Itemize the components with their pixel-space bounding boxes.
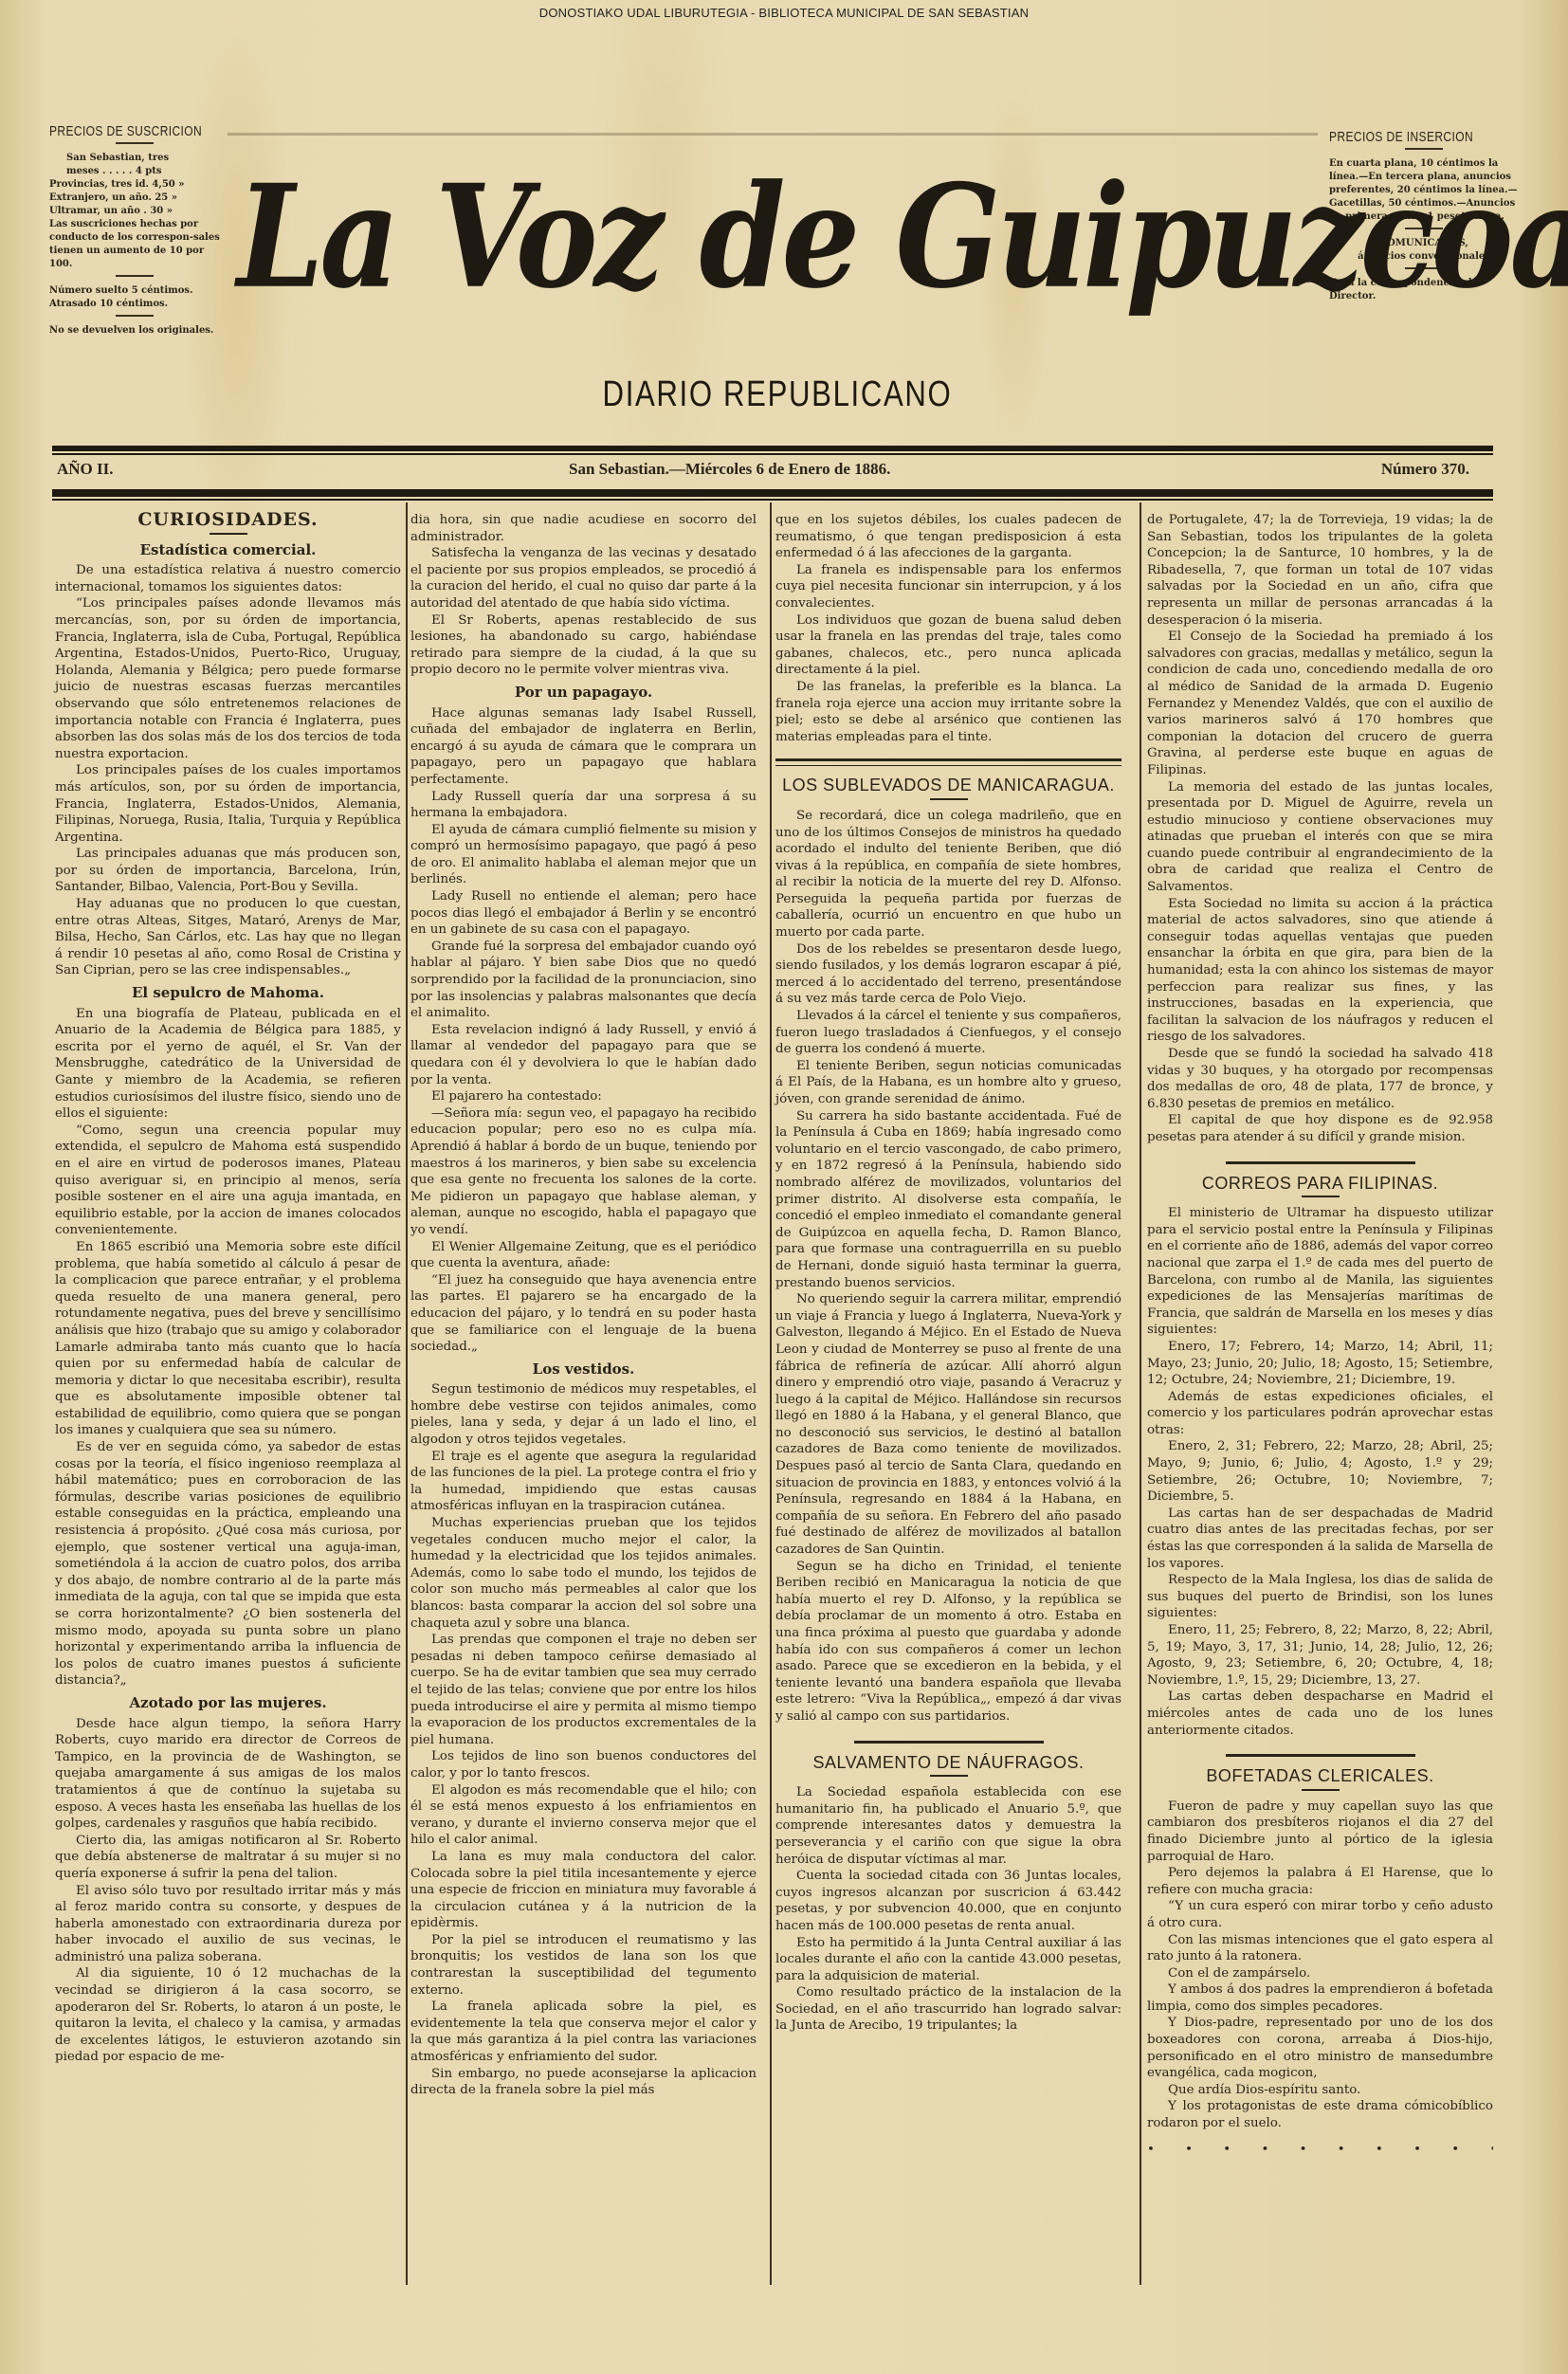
price-line: meses . . . . . 4 pts [49, 165, 220, 178]
ornament-rule [116, 315, 154, 317]
price-note: Las suscriciones hechas por conducto de … [49, 218, 220, 271]
paragraph: Además de estas expediciones oficiales, … [1147, 1389, 1493, 1439]
paragraph: En 1865 escribió una Memoria sobre este … [55, 1239, 401, 1439]
paragraph: Respecto de la Mala Inglesa, los dias de… [1147, 1572, 1493, 1622]
paragraph: Hay aduanas que no producen lo que cuest… [55, 896, 401, 979]
column-3: que en los sujetos débiles, los cuales p… [775, 512, 1121, 2035]
section-heading-curiosidades: CURIOSIDADES. [55, 512, 401, 529]
ornament-rule [1226, 1161, 1415, 1164]
paragraph: Esta Sociedad no limita su accion á la p… [1147, 896, 1493, 1046]
paragraph: Hace algunas semanas lady Isabel Russell… [410, 705, 757, 789]
paragraph: De una estadística relativa á nuestro co… [55, 562, 401, 595]
place-date: San Sebastian.—Miércoles 6 de Enero de 1… [569, 460, 890, 479]
paragraph: Cuenta la sociedad citada con 36 Juntas … [775, 1868, 1121, 1934]
originals-note: No se devuelven los originales. [49, 324, 220, 338]
paragraph: El traje es el agente que asegura la reg… [410, 1449, 757, 1515]
paragraph: La franela es indispensable para los enf… [775, 562, 1121, 612]
paragraph: “Los principales países adonde llevamos … [55, 595, 401, 762]
paragraph: Grande fué la sorpresa del embajador cua… [410, 939, 757, 1022]
paragraph: Por la piel se introducen el reumatismo … [410, 1932, 757, 1999]
paragraph: Y Dios-padre, representado por uno de lo… [1147, 2015, 1493, 2081]
paragraph: Como resultado práctico de la instalacio… [775, 1984, 1121, 2035]
paragraph: Enero, 17; Febrero, 14; Marzo, 14; Abril… [1147, 1339, 1493, 1389]
paragraph: El Wenier Allgemaine Zeitung, que es el … [410, 1239, 757, 1272]
paragraph: Que ardía Dios-espíritu santo. [1147, 2082, 1493, 2099]
subscription-heading: PRECIOS DE SUSCRICION [49, 125, 186, 138]
paragraph: El ayuda de cámara cumplió fielmente su … [410, 822, 757, 888]
paragraph: Los individuos que gozan de buena salud … [775, 612, 1121, 679]
paragraph: dia hora, sin que nadie acudiese en soco… [410, 512, 757, 545]
paragraph: Esto ha permitido á la Junta Central aux… [775, 1935, 1121, 1985]
paragraph: Se recordará, dice un colega madrileño, … [775, 808, 1121, 941]
column-2: dia hora, sin que nadie acudiese en soco… [410, 512, 757, 2099]
paragraph: Segun testimonio de médicos muy respetab… [410, 1381, 757, 1448]
ornament-rule [116, 142, 154, 144]
paragraph: “Como, segun una creencia popular muy ex… [55, 1123, 401, 1239]
single-issue-price: Número suelto 5 céntimos. [49, 284, 220, 298]
paragraph: El Sr Roberts, apenas restablecido de su… [410, 612, 757, 679]
paragraph: Llevados á la cárcel el teniente y sus c… [775, 1008, 1121, 1058]
paragraph: Cierto dia, las amigas notificaron al Sr… [55, 1833, 401, 1883]
paragraph: Dos de los rebeldes se presentaron desde… [775, 941, 1121, 1008]
paragraph: Pero dejemos la palabra á El Harense, qu… [1147, 1865, 1493, 1898]
article-heading: Azotado por las mujeres. [55, 1695, 401, 1712]
paragraph: La Sociedad española establecida con ese… [775, 1784, 1121, 1868]
paragraph: Las cartas deben despacharse en Madrid e… [1147, 1689, 1493, 1739]
article-heading: Estadística comercial. [55, 542, 401, 559]
paragraph: No queriendo seguir la carrera militar, … [775, 1291, 1121, 1559]
column-1: CURIOSIDADES. Estadística comercial. De … [55, 512, 401, 2066]
paragraph: Y los protagonistas de este drama cómico… [1147, 2098, 1493, 2131]
header-rule-bottom-thin [52, 499, 1493, 501]
column-4: de Portugalete, 47; la de Torrevieja, 19… [1147, 512, 1493, 2158]
paragraph: Desde que se fundó la sociedad ha salvad… [1147, 1046, 1493, 1112]
paragraph: Enero, 11, 25; Febrero, 8, 22; Marzo, 8,… [1147, 1622, 1493, 1689]
paragraph: La franela aplicada sobre la piel, es ev… [410, 1999, 757, 2065]
header-rule-bottom [52, 489, 1493, 497]
ornament-dash [930, 798, 968, 800]
paragraph: Y ambos á dos padres la emprendieron á b… [1147, 1981, 1493, 2015]
paragraph: Al dia siguiente, 10 ó 12 muchachas de l… [55, 1965, 401, 2066]
paragraph: Los tejidos de lino son buenos conductor… [410, 1748, 757, 1781]
paragraph: Esta revelacion indignó á lady Russell, … [410, 1022, 757, 1088]
paragraph: Segun se ha dicho en Trinidad, el tenien… [775, 1559, 1121, 1726]
ornament-dash [930, 1775, 968, 1777]
paragraph: Las cartas han de ser despachadas de Mad… [1147, 1506, 1493, 1572]
paragraph: Su carrera ha sido bastante accidentada.… [775, 1108, 1121, 1292]
price-line: San Sebastian, tres [49, 152, 220, 165]
paragraph: que en los sujetos débiles, los cuales p… [775, 512, 1121, 562]
paragraph: Fueron de padre y muy capellan suyo las … [1147, 1799, 1493, 1865]
price-line: Provincias, tres id. 4,50 » [49, 178, 220, 192]
newspaper-title: La Voz de Guipuzcoa [237, 118, 1318, 357]
subscription-prices-box: PRECIOS DE SUSCRICION San Sebastian, tre… [49, 125, 220, 338]
ornament-dash [1302, 1196, 1340, 1197]
paragraph: Las principales aduanas que más producen… [55, 846, 401, 896]
paragraph: Los principales países de los cuales imp… [55, 762, 401, 846]
paragraph: El teniente Beriben, segun noticias comu… [775, 1058, 1121, 1108]
paragraph: El Consejo de la Sociedad ha premiado á … [1147, 629, 1493, 778]
article-heading: Por un papagayo. [410, 685, 757, 702]
section-heading-salvamento: SALVAMENTO DE NÁUFRAGOS. [775, 1755, 1121, 1772]
ornament-rule [1226, 1754, 1415, 1757]
insertion-heading: PRECIOS DE INSERCION [1329, 131, 1481, 144]
masthead: La Voz de Guipuzcoa [237, 133, 1318, 360]
paragraph: Enero, 2, 31; Febrero, 22; Marzo, 28; Ab… [1147, 1438, 1493, 1505]
paragraph: de Portugalete, 47; la de Torrevieja, 19… [1147, 512, 1493, 629]
header-rule-top [52, 446, 1493, 451]
paragraph: De las franelas, la preferible es la bla… [775, 679, 1121, 745]
ornament-rule [116, 275, 154, 277]
ornament-dash [210, 533, 247, 535]
column-divider [1140, 502, 1141, 2285]
section-double-rule [775, 758, 1121, 766]
newspaper-subtitle: DIARIO REPUBLICANO [335, 374, 1221, 415]
paragraph: Lady Russell quería dar una sorpresa á s… [410, 789, 757, 822]
paragraph: —Señora mía: segun veo, el papagayo ha r… [410, 1105, 757, 1239]
price-line: Ultramar, un año . 30 » [49, 205, 220, 218]
back-issue-price: Atrasado 10 céntimos. [49, 298, 220, 311]
column-divider [406, 502, 408, 2285]
paragraph: Con el de zampárselo. [1147, 1965, 1493, 1982]
dateline: AÑO II. San Sebastian.—Miércoles 6 de En… [57, 460, 1488, 483]
section-heading-correos: CORREOS PARA FILIPINAS. [1147, 1176, 1493, 1193]
ornament-rule [854, 1741, 1044, 1744]
dotted-end-rule: • • • • • • • • • • • • • • • • • • • • … [1147, 2142, 1493, 2159]
paragraph: El ministerio de Ultramar ha dispuesto u… [1147, 1205, 1493, 1339]
paragraph: Desde hace algun tiempo, la señora Harry… [55, 1716, 401, 1833]
ornament-rule [1405, 148, 1443, 150]
paragraph: “El juez ha conseguido que haya avenenci… [410, 1272, 757, 1356]
header-rule-top-thin [52, 453, 1493, 455]
paragraph: Las prendas que componen el traje no deb… [410, 1632, 757, 1748]
article-heading: El sepulcro de Mahoma. [55, 985, 401, 1002]
paragraph: “Y un cura esperó con mirar torbo y ceño… [1147, 1898, 1493, 1931]
ornament-dash [1302, 1789, 1340, 1791]
paragraph: El algodon es más recomendable que el hi… [410, 1782, 757, 1849]
paragraph: El capital de que hoy dispone es de 92.9… [1147, 1112, 1493, 1145]
column-divider [770, 502, 772, 2285]
paragraph: El pajarero ha contestado: [410, 1088, 757, 1105]
paragraph: El aviso sólo tuvo por resultado irritar… [55, 1883, 401, 1966]
paragraph: Satisfecha la venganza de las vecinas y … [410, 545, 757, 612]
section-heading-sublevados: LOS SUBLEVADOS DE MANICARAGUA. [775, 777, 1121, 794]
year-label: AÑO II. [57, 460, 114, 479]
paragraph: En una biografía de Plateau, publicada e… [55, 1006, 401, 1123]
archive-header: DONOSTIAKO UDAL LIBURUTEGIA - BIBLIOTECA… [0, 6, 1568, 20]
paragraph: Lady Rusell no entiende el aleman; pero … [410, 888, 757, 939]
paragraph: Es de ver en seguida cómo, ya sabedor de… [55, 1439, 401, 1689]
paragraph: La lana es muy mala conductora del calor… [410, 1849, 757, 1932]
paragraph: Muchas experiencias prueban que los teji… [410, 1515, 757, 1632]
price-line: Extranjero, un año. 25 » [49, 192, 220, 205]
issue-number: Número 370. [1381, 460, 1469, 479]
article-heading: Los vestidos. [410, 1361, 757, 1379]
paragraph: Con las mismas intenciones que el gato e… [1147, 1932, 1493, 1965]
paragraph: La memoria del estado de las juntas loca… [1147, 779, 1493, 896]
paragraph: Sin embargo, no puede aconsejarse la apl… [410, 2066, 757, 2099]
section-heading-bofetadas: BOFETADAS CLERICALES. [1147, 1768, 1493, 1785]
